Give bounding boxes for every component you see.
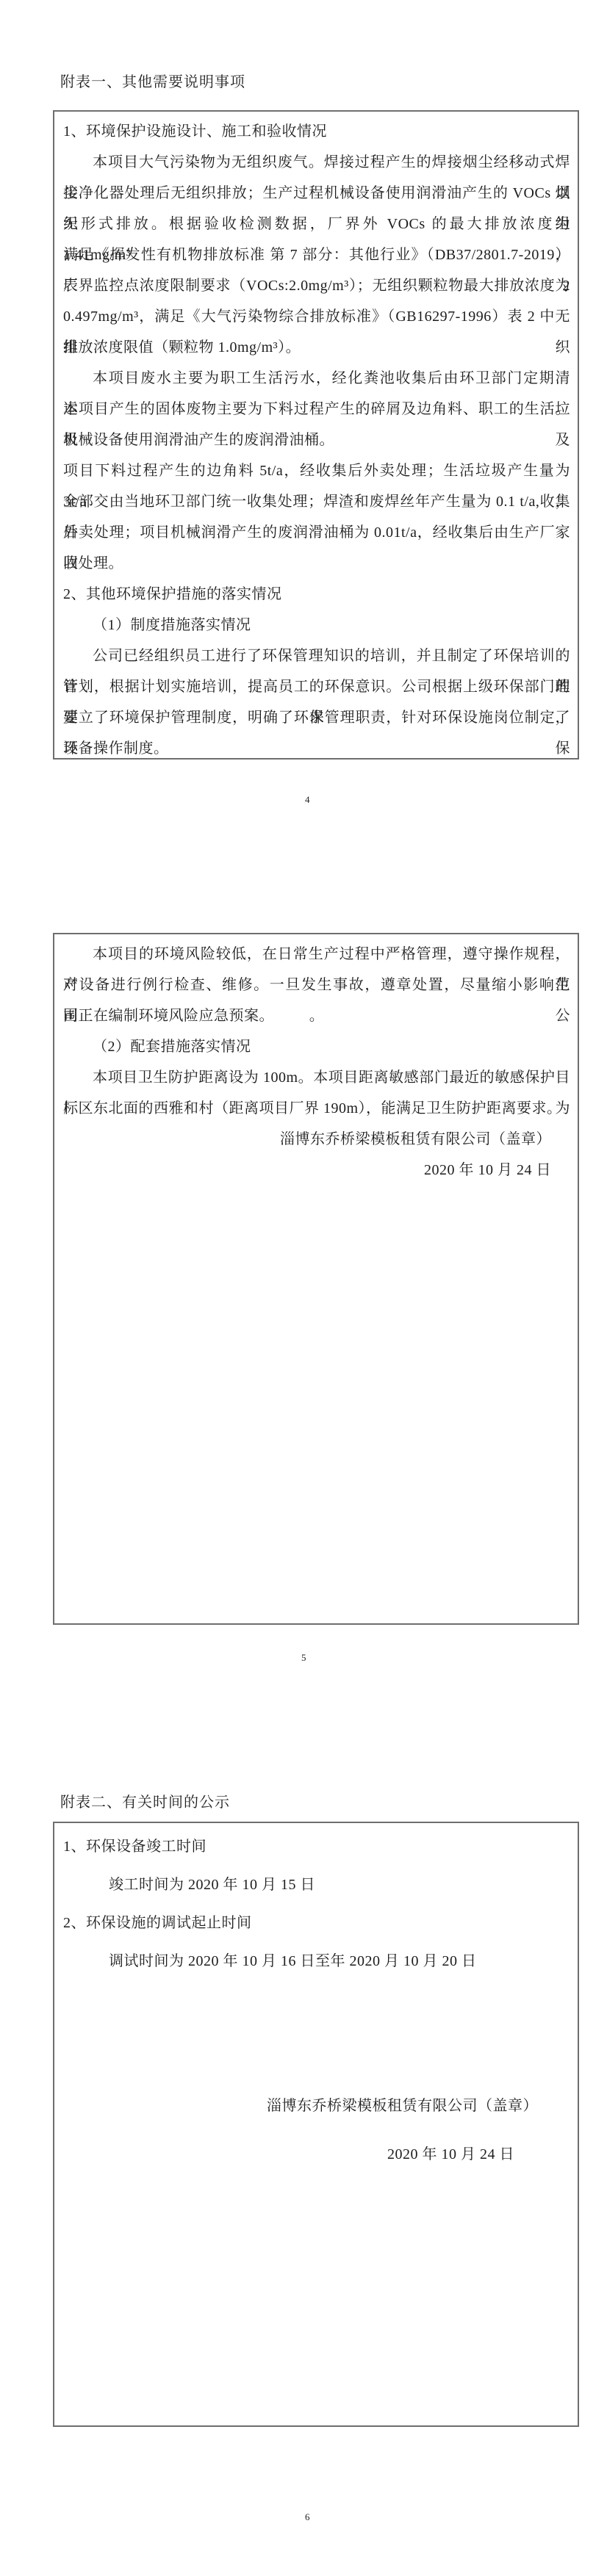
section2-content-box: 本项目的环境风险较低，在日常生产过程中严格管理，遵守操作规程，对生产设备进行例行…: [53, 933, 579, 1625]
text-line: 本项目卫生防护距离设为 100m。本项目距离敏感部门最近的敏感保护目标为: [63, 1062, 570, 1093]
text-line: 2、其他环境保护措施的落实情况: [63, 579, 570, 610]
text-line: （1）制度措施落实情况: [63, 610, 570, 641]
text-line: 计划，根据计划实施培训，提高员工的环保意识。公司根据上级环保部门的要求，: [63, 671, 570, 702]
text-line: 淄博东乔桥梁模板租赁有限公司（盖章）: [63, 1124, 570, 1155]
document-page: 附表一、其他需要说明事项 1、环境保护设施设计、施工和验收情况本项目大气污染物为…: [0, 0, 607, 2576]
text-line: 2020 年 10 月 24 日: [63, 2135, 570, 2173]
text-line: 调试时间为 2020 年 10 月 16 日至年 2020 月 10 月 20 …: [63, 1942, 570, 1980]
text-line: 外卖处理；项目机械润滑产生的废润滑油桶为 0.01t/a，经收集后由生产厂家回: [63, 517, 570, 548]
text-line: 淄博东乔桥梁模板租赁有限公司（盖章）: [63, 2087, 570, 2125]
text-line: 本项目大气污染物为无组织废气。焊接过程产生的焊接烟尘经移动式焊接烟: [63, 147, 570, 178]
text-line: 1、环境保护设施设计、施工和验收情况: [63, 116, 570, 147]
section1-title: 附表一、其他需要说明事项: [60, 72, 245, 93]
page-number-6: 6: [305, 2511, 310, 2523]
section3-title: 附表二、有关时间的公示: [60, 1792, 230, 1813]
text-line: 满足《挥发性有机物排放标准 第 7 部分：其他行业》（DB37/2801.7-2…: [63, 239, 570, 270]
text-line: 2020 年 10 月 24 日: [63, 1155, 570, 1186]
section3-content-box: 1、环保设备竣工时间竣工时间为 2020 年 10 月 15 日2、环保设施的调…: [53, 1822, 579, 2427]
text-line: 产设备进行例行检查、维修。一旦发生事故，遵章处置，尽量缩小影响范围。公: [63, 970, 570, 1000]
text-line: 收处理。: [63, 548, 570, 579]
spacer: [63, 1980, 570, 2087]
text-line: 全部交由当地环卫部门统一收集处理；焊渣和废焊丝年产生量为 0.1 t/a,收集后: [63, 486, 570, 517]
text-line: 公司已经组织员工进行了环保管理知识的培训，并且制定了环保培训的管理: [63, 641, 570, 671]
text-line: 本项目的环境风险较低，在日常生产过程中严格管理，遵守操作规程，对生: [63, 939, 570, 970]
page-number-5: 5: [301, 1652, 306, 1664]
text-line: 尘净化器处理后无组织排放；生产过程机械设备使用润滑油产生的 VOCs 以无组: [63, 178, 570, 209]
text-line: 项目下料过程产生的边角料 5t/a，经收集后外卖处理；生活垃圾产生量为 3t/a…: [63, 455, 570, 486]
text-line: 本项目废水主要为职工生活污水，经化粪池收集后由环卫部门定期清运。: [63, 363, 570, 394]
text-line: 1、环保设备竣工时间: [63, 1828, 570, 1866]
text-line: 竣工时间为 2020 年 10 月 15 日: [63, 1866, 570, 1904]
text-line: 2、环保设施的调试起止时间: [63, 1904, 570, 1942]
text-line: 本项目产生的固体废物主要为下料过程产生的碎屑及边角料、职工的生活垃圾及: [63, 394, 570, 425]
page-number-4: 4: [305, 794, 310, 806]
section1-content-box: 1、环境保护设施设计、施工和验收情况本项目大气污染物为无组织废气。焊接过程产生的…: [53, 110, 579, 760]
text-line: 厂界监控点浓度限制要求（VOCs:2.0mg/m³）；无组织颗粒物最大排放浓度为: [63, 270, 570, 301]
text-line: 厂区东北面的西雅和村（距离项目厂界 190m），能满足卫生防护距离要求。: [63, 1093, 570, 1124]
text-line: 0.497mg/m³，满足《大气污染物综合排放标准》（GB16297-1996）…: [63, 301, 570, 332]
text-line: 织形式排放。根据验收检测数据，厂界外 VOCs 的最大排放浓度为 1.41mg/…: [63, 209, 570, 239]
text-line: （2）配套措施落实情况: [63, 1031, 570, 1062]
text-line: 建立了环境保护管理制度，明确了环保管理职责，针对环保设施岗位制定了环保: [63, 702, 570, 733]
